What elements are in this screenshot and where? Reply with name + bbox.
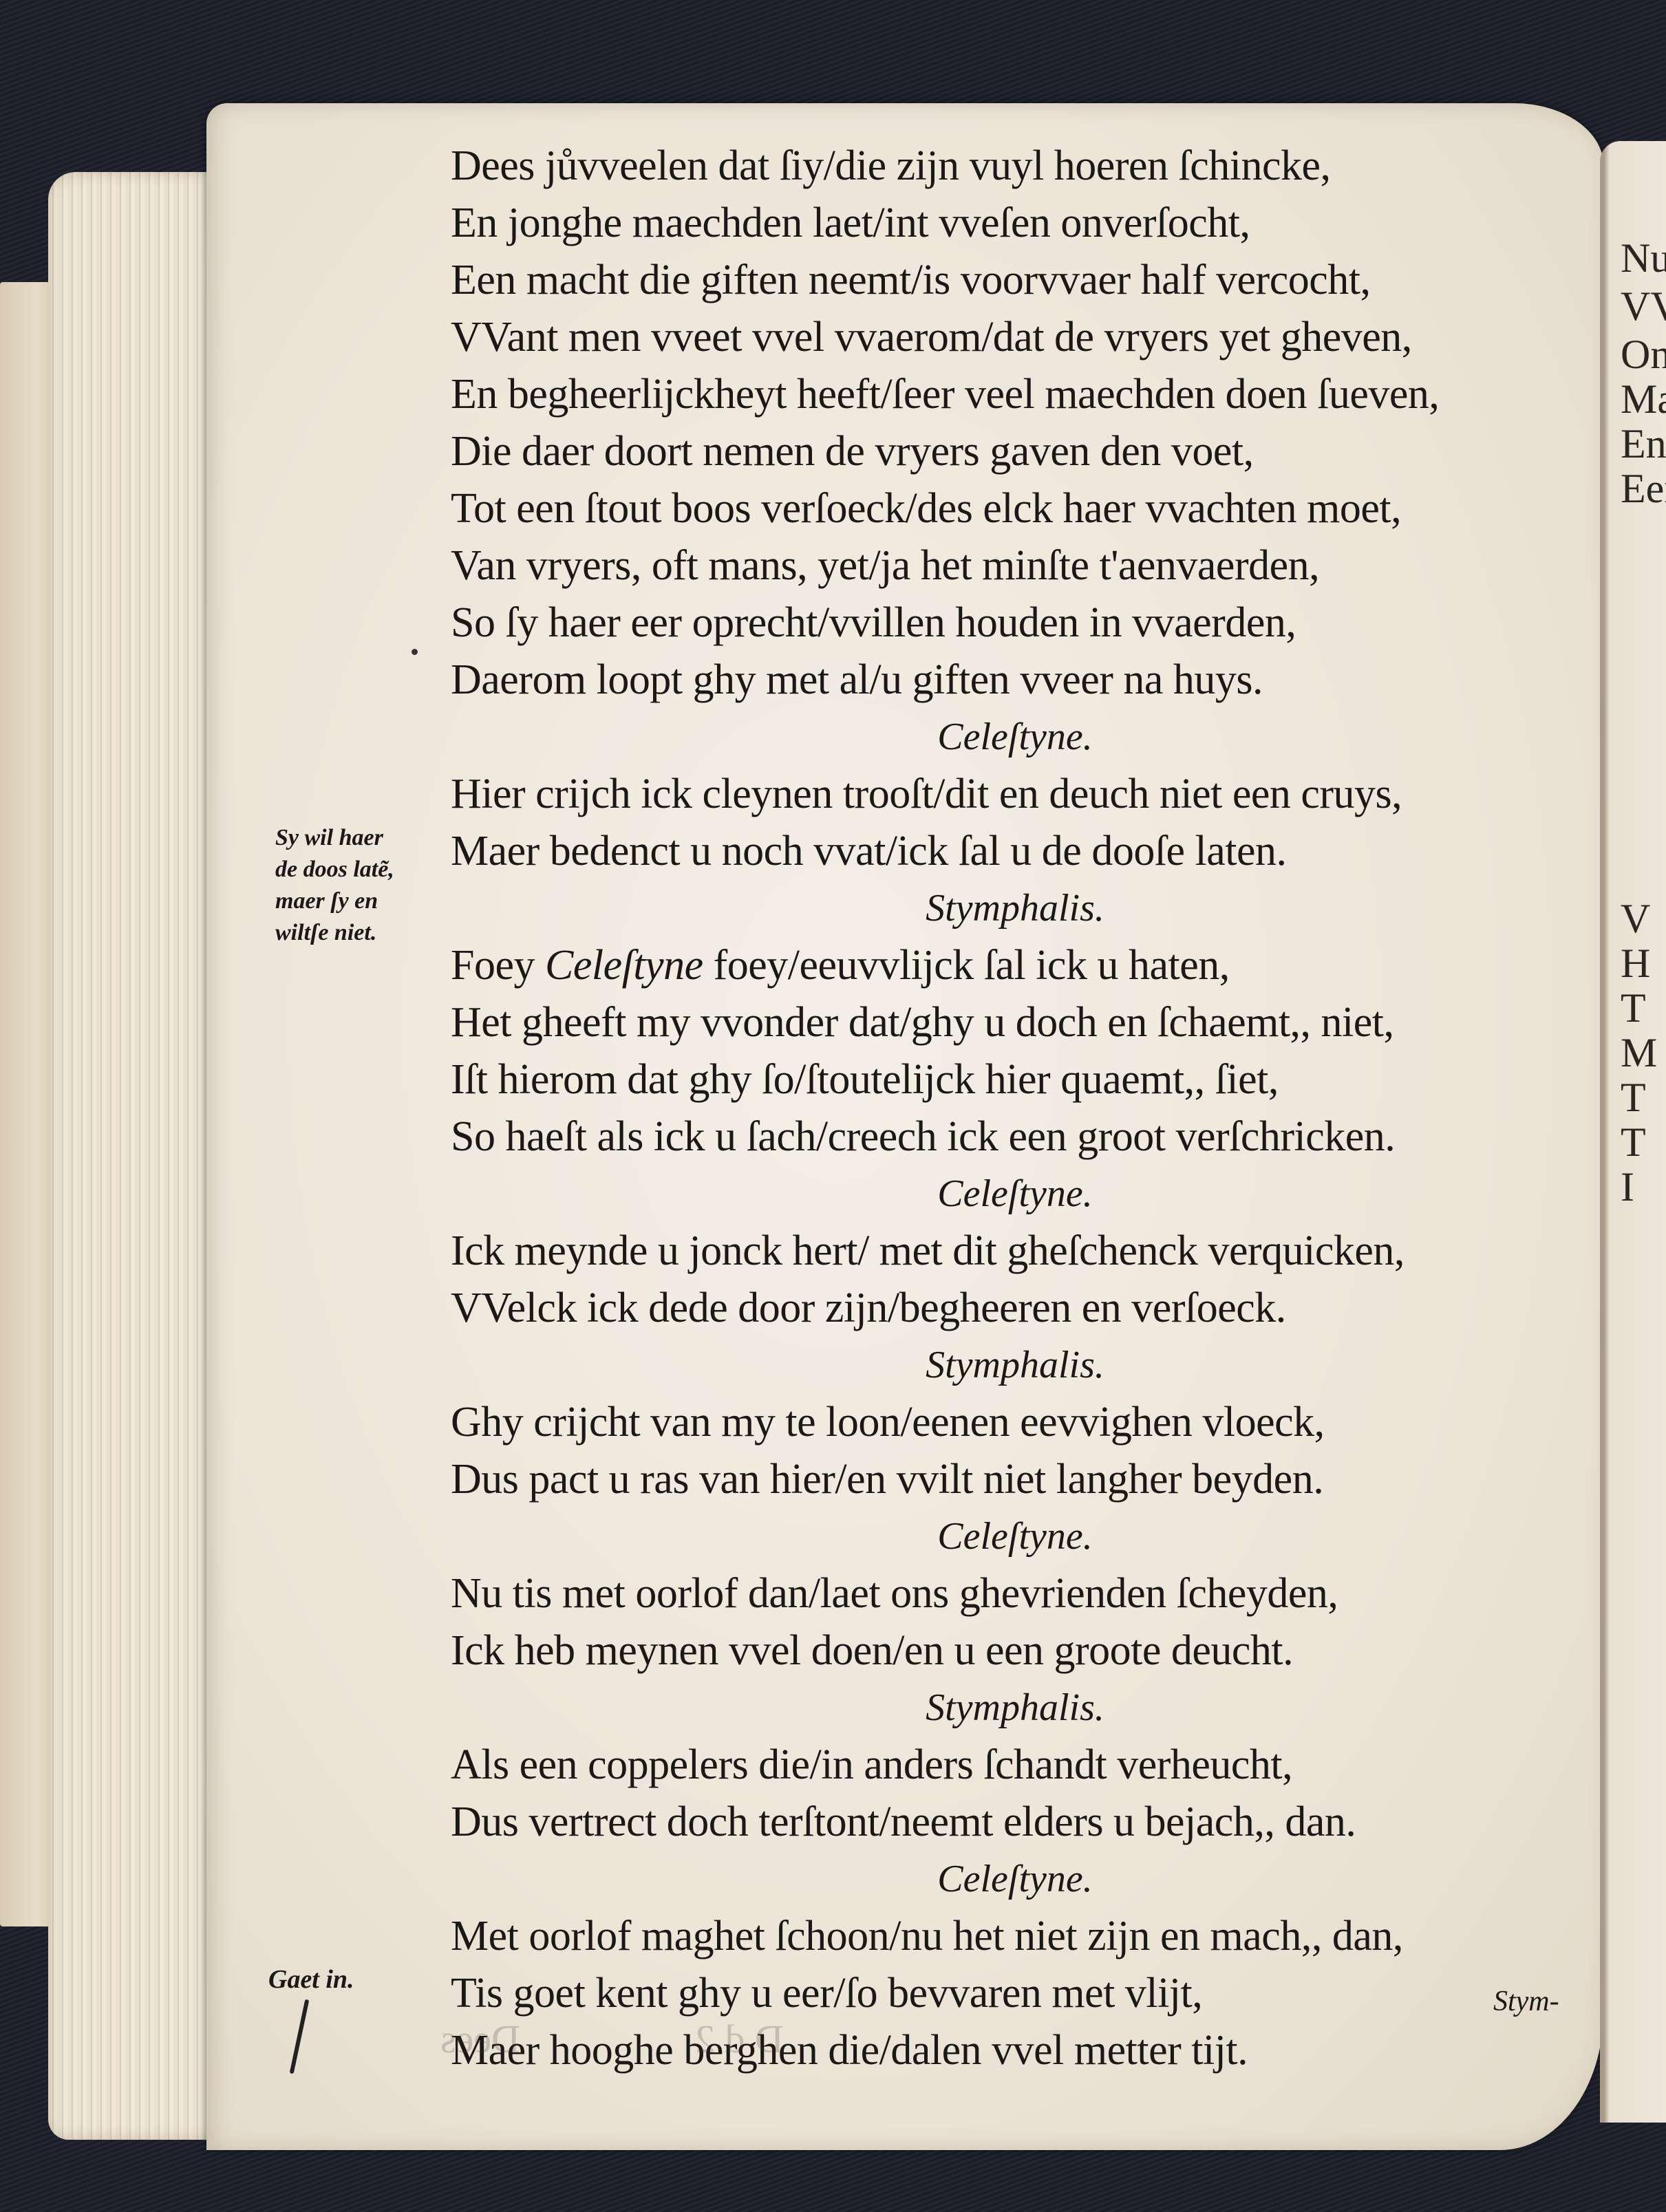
verse-line: Tot een ſtout boos verſoeck/des elck hae… [451, 480, 1524, 537]
verse-line: Van vryers, oft mans, yet/ja het minſte … [451, 537, 1524, 594]
next-page-line: VV [1621, 286, 1666, 327]
next-page-line: T [1621, 1077, 1646, 1118]
verse-line: Ghy crijcht van my te loon/eenen eevvigh… [451, 1394, 1524, 1451]
verse-line: Maer hooghe berghen die/dalen vvel mette… [451, 2022, 1524, 2079]
verse-line: Een macht die giften neemt/is voorvvaer … [451, 252, 1524, 309]
ink-dot [412, 649, 418, 655]
verse-line: Nu tis met oorlof dan/laet ons ghevriend… [451, 1565, 1524, 1622]
verse-line: En begheerlijckheyt heeft/ſeer veel maec… [451, 366, 1524, 423]
marginal-note-line: maer ſy en [275, 885, 447, 917]
next-page-line: T [1621, 987, 1646, 1029]
verse-text: Foey [451, 942, 545, 989]
speaker-name: Stymphalis. [451, 1679, 1524, 1737]
verse-text: foey/eeuvvlijck ſal ick u haten, [703, 942, 1230, 989]
next-page-line: Nu [1621, 237, 1666, 279]
speaker-name: Celeſtyne. [451, 1166, 1524, 1223]
marginal-note-line: wiltſe niet. [275, 917, 447, 949]
verse-line: So ſy haer eer oprecht/vvillen houden in… [451, 594, 1524, 652]
verse-line: Hier crijch ick cleynen trooſt/dit en de… [451, 766, 1524, 823]
verse-line: Foey Celeſtyne foey/eeuvvlijck ſal ick u… [451, 937, 1524, 994]
next-page-line: T [1621, 1121, 1646, 1163]
next-page-line: Een [1621, 468, 1666, 509]
next-page-line: H [1621, 943, 1650, 984]
verse-line: Iſt hierom dat ghy ſo/ſtoutelijck hier q… [451, 1051, 1524, 1108]
page-edges-stack [48, 172, 220, 2140]
speaker-name: Celeſtyne. [451, 709, 1524, 766]
show-through-catchword: Dees [440, 2016, 520, 2062]
speaker-name: Stymphalis. [451, 1337, 1524, 1394]
next-page-edge: Nu VV On Ma En Een V H T M T T I [1600, 141, 1666, 2123]
speaker-name: Celeſtyne. [451, 1508, 1524, 1565]
catchword: Stym- [1493, 1985, 1559, 2018]
stage-direction: Gaet in. [268, 1964, 354, 1995]
marginal-note-line: de doos latẽ, [275, 854, 447, 885]
verse-text-block: Dees jůvveelen dat ſiy/die zijn vuyl hoe… [451, 138, 1524, 2079]
show-through-signature: D d 2 [695, 2016, 784, 2062]
verse-line: En jonghe maechden laet/int vveſen onver… [451, 195, 1524, 252]
speaker-name: Celeſtyne. [451, 1851, 1524, 1908]
verse-line: Tis goet kent ghy u eer/ſo bevvaren met … [451, 1965, 1524, 2022]
verse-line: Daerom loopt ghy met al/u giften vveer n… [451, 652, 1524, 709]
verse-line: Ick heb meynen vvel doen/en u een groote… [451, 1622, 1524, 1679]
verse-line: Als een coppelers die/in anders ſchandt … [451, 1737, 1524, 1794]
speaker-name-inline: Celeſtyne [545, 942, 703, 989]
verse-line: Dees jůvveelen dat ſiy/die zijn vuyl hoe… [451, 138, 1524, 195]
next-page-line: M [1621, 1032, 1657, 1073]
verse-line: VVant men vveet vvel vvaerom/dat de vrye… [451, 309, 1524, 366]
verse-line: Maer bedenct u noch vvat/ick ſal u de do… [451, 823, 1524, 880]
speaker-name: Stymphalis. [451, 880, 1524, 937]
verse-line: So haeſt als ick u ſach/creech ick een g… [451, 1108, 1524, 1166]
verse-line: Dus pact u ras van hier/en vvilt niet la… [451, 1451, 1524, 1508]
marginal-note: Sy wil haer de doos latẽ, maer ſy en wil… [275, 822, 447, 949]
verse-line: Het gheeft my vvonder dat/ghy u doch en … [451, 994, 1524, 1051]
next-page-line: I [1621, 1166, 1634, 1207]
verse-line: Ick meynde u jonck hert/ met dit gheſche… [451, 1223, 1524, 1280]
next-page-line: V [1621, 898, 1650, 939]
next-page-line: En [1621, 423, 1666, 464]
verse-line: Dus vertrect doch terſtont/neemt elders … [451, 1794, 1524, 1851]
next-page-line: Ma [1621, 378, 1666, 420]
marginal-note-line: Sy wil haer [275, 822, 447, 854]
verse-line: VVelck ick dede door zijn/begheeren en v… [451, 1280, 1524, 1337]
verse-line: Die daer doort nemen de vryers gaven den… [451, 423, 1524, 480]
verse-line: Met oorlof maghet ſchoon/nu het niet zij… [451, 1908, 1524, 1965]
next-page-line: On [1621, 334, 1666, 375]
